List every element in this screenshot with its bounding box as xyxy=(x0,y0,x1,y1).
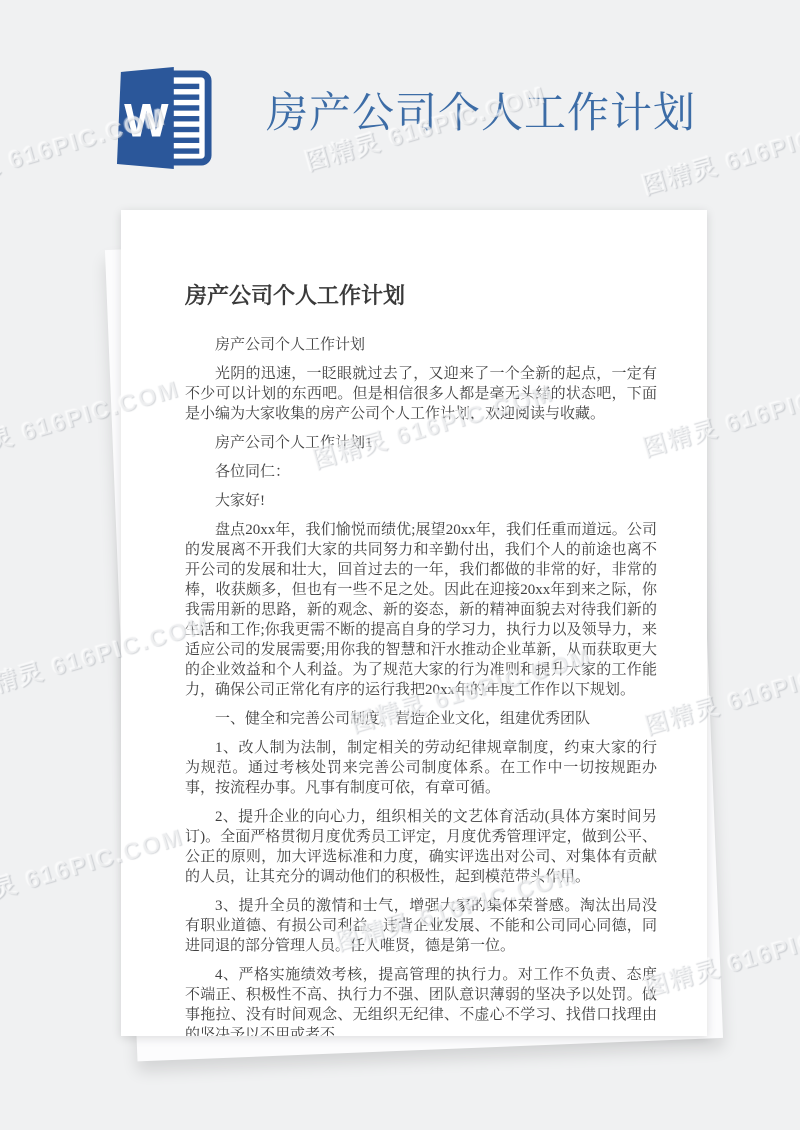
document-body: 房产公司个人工作计划光阴的迅速，一眨眼就过去了，又迎来了一个全新的起点，一定有不… xyxy=(185,335,657,1036)
doc-paragraph: 房产公司个人工作计划 xyxy=(185,335,657,355)
document-sheet: 房产公司个人工作计划 房产公司个人工作计划光阴的迅速，一眨眼就过去了，又迎来了一… xyxy=(121,210,707,1036)
doc-paragraph: 3、提升全员的激情和士气，增强大家的集体荣誉感。淘汰出局没有职业道德、有损公司利… xyxy=(185,896,657,956)
doc-paragraph: 一、健全和完善公司制度，营造企业文化，组建优秀团队 xyxy=(185,709,657,729)
word-file-icon: W xyxy=(115,66,213,170)
header: W 房产公司个人工作计划 xyxy=(0,0,800,200)
page-title: 房产公司个人工作计划 xyxy=(266,88,786,138)
doc-paragraph: 1、改人制为法制，制定相关的劳动纪律规章制度，约束大家的行为规范。通过考核处罚来… xyxy=(185,738,657,798)
document-heading: 房产公司个人工作计划 xyxy=(185,282,657,311)
doc-paragraph: 各位同仁： xyxy=(185,462,657,482)
doc-paragraph: 2、提升企业的向心力，组织相关的文艺体育活动(具体方案时间另订)。全面严格贯彻月… xyxy=(185,807,657,887)
doc-paragraph: 房产公司个人工作计划1 xyxy=(185,433,657,453)
doc-paragraph: 4、严格实施绩效考核，提高管理的执行力。对工作不负责、态度不端正、积极性不高、执… xyxy=(185,965,657,1036)
doc-paragraph: 光阴的迅速，一眨眼就过去了，又迎来了一个全新的起点，一定有不少可以计划的东西吧。… xyxy=(185,364,657,424)
doc-paragraph: 盘点20xx年，我们愉悦而绩优;展望20xx年，我们任重而道远。公司的发展离不开… xyxy=(185,520,657,700)
word-icon-letter: W xyxy=(124,94,169,147)
doc-paragraph: 大家好! xyxy=(185,491,657,511)
